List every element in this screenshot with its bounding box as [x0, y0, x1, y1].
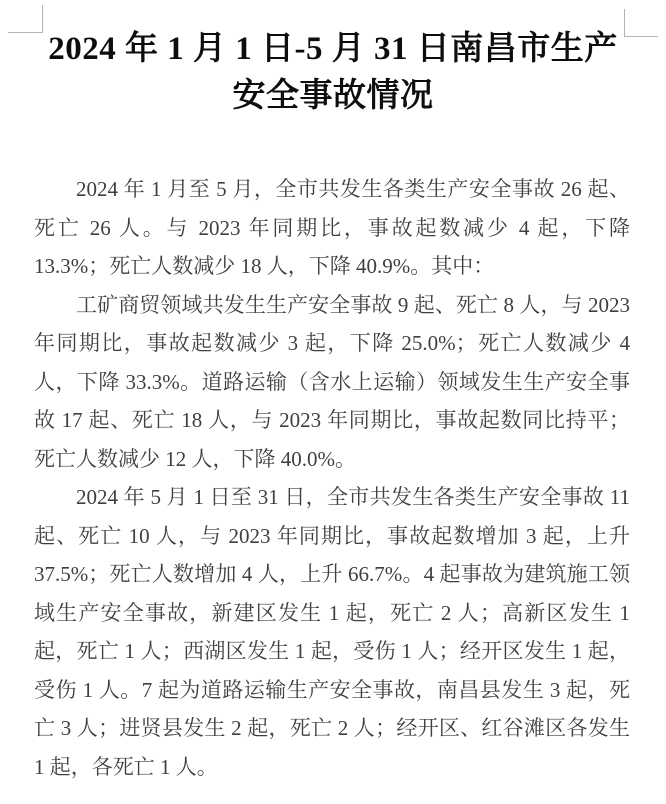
corner-mark-top-left-vertical-line — [42, 5, 43, 33]
document-title: 2024 年 1 月 1 日-5 月 31 日南昌市生产安全事故情况 — [41, 26, 625, 120]
corner-mark-top-right-vertical-line — [624, 9, 625, 37]
document-page: 2024 年 1 月 1 日-5 月 31 日南昌市生产安全事故情况 2024 … — [0, 0, 666, 804]
corner-mark-top-right-horizontal-line — [624, 36, 658, 37]
corner-mark-top-left-horizontal-line — [8, 32, 43, 33]
paragraph: 2024 年 1 月至 5 月，全市共发生各类生产安全事故 26 起、死亡 26… — [34, 170, 630, 286]
paragraph: 2024 年 5 月 1 日至 31 日，全市共发生各类生产安全事故 11 起、… — [34, 478, 630, 786]
paragraph: 工矿商贸领域共发生生产安全事故 9 起、死亡 8 人，与 2023 年同期比，事… — [34, 286, 630, 479]
document-body: 2024 年 1 月至 5 月，全市共发生各类生产安全事故 26 起、死亡 26… — [34, 170, 630, 786]
